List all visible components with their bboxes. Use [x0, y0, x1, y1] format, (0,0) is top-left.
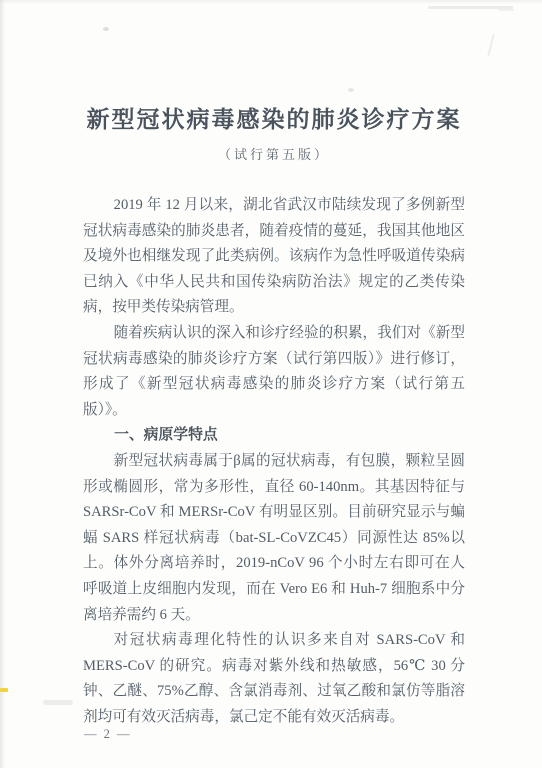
- scan-edge-shadow: [0, 0, 5, 768]
- paragraph: 新型冠状病毒属于β属的冠状病毒，有包膜，颗粒呈圆形或椭圆形，常为多形性，直径 6…: [83, 449, 465, 628]
- scan-artifact: [498, 9, 514, 11]
- highlight-mark: [0, 688, 8, 692]
- page-number: — 2 —: [84, 727, 132, 742]
- scan-artifact: [348, 88, 354, 92]
- scan-artifact: [428, 6, 513, 9]
- paragraph: 对冠状病毒理化特性的认识多来自对 SARS-CoV 和 MERS-CoV 的研究…: [83, 628, 465, 730]
- scan-artifact: [103, 27, 109, 31]
- scan-artifact: [43, 700, 73, 705]
- paragraph: 随着疾病认识的深入和诊疗经验的积累，我们对《新型冠状病毒感染的肺炎诊疗方案（试行…: [83, 321, 465, 423]
- document-content: 新型冠状病毒感染的肺炎诊疗方案 （试行第五版） 2019 年 12 月以来，湖北…: [83, 101, 465, 730]
- paragraph: 2019 年 12 月以来，湖北省武汉市陆续发现了多例新型冠状病毒感染的肺炎患者…: [83, 193, 465, 321]
- document-body: 2019 年 12 月以来，湖北省武汉市陆续发现了多例新型冠状病毒感染的肺炎患者…: [83, 193, 465, 730]
- document-page: 新型冠状病毒感染的肺炎诊疗方案 （试行第五版） 2019 年 12 月以来，湖北…: [0, 0, 542, 768]
- document-title: 新型冠状病毒感染的肺炎诊疗方案: [83, 101, 465, 134]
- section-heading: 一、病原学特点: [83, 423, 465, 449]
- document-subtitle: （试行第五版）: [83, 144, 465, 163]
- scan-edge-shadow: [0, 0, 542, 4]
- scan-artifact: [487, 34, 494, 56]
